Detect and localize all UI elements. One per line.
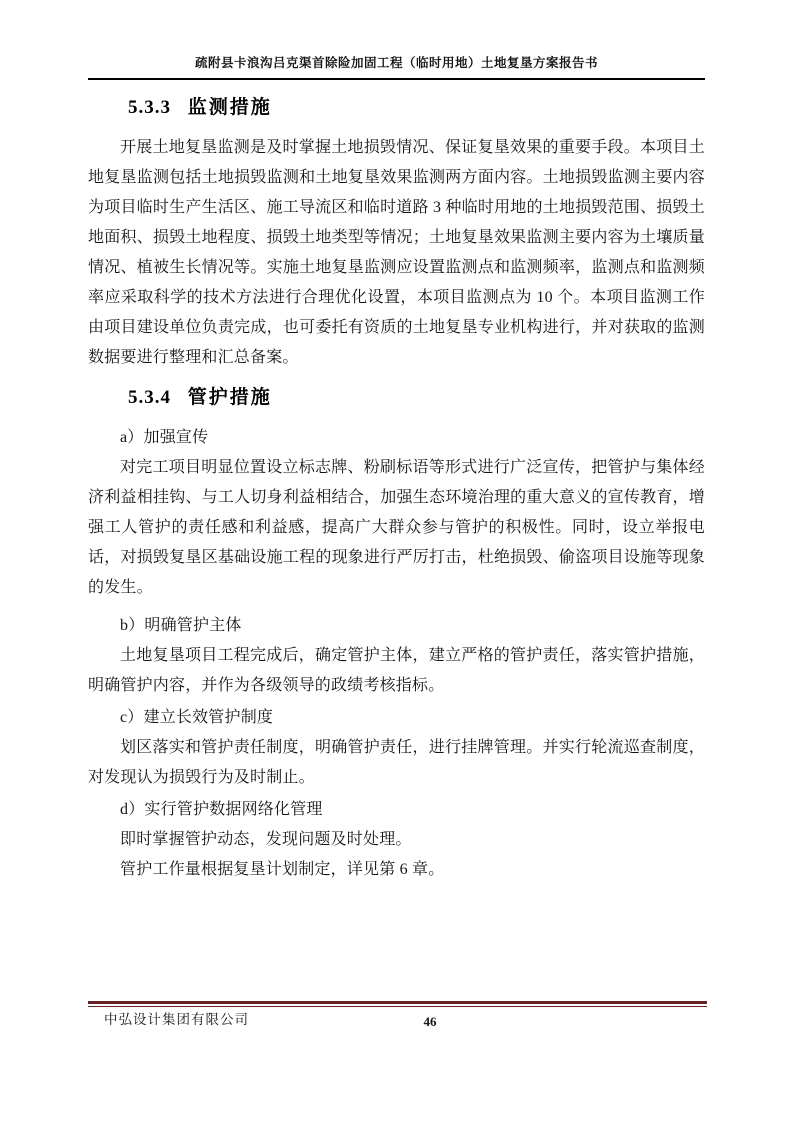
document-body: 5.3.3 监测措施 开展土地复垦监测是及时掌握土地损毁情况、保证复垦效果的重要… xyxy=(88,82,705,885)
paragraph-item-d-line1: 即时掌握管护动态，发现问题及时处理。 xyxy=(88,825,705,855)
footer-rule xyxy=(88,1001,707,1007)
heading-number: 5.3.4 xyxy=(128,387,171,408)
footer-company: 中弘设计集团有限公司 xyxy=(88,1012,249,1027)
paragraph-monitoring: 开展土地复垦监测是及时掌握土地损毁情况、保证复垦效果的重要手段。本项目土地复垦监… xyxy=(88,133,705,373)
heading-title: 监测措施 xyxy=(188,97,272,118)
header-title: 疏附县卡浪沟吕克渠首除险加固工程（临时用地）土地复垦方案报告书 xyxy=(88,54,705,80)
footer-row: 中弘设计集团有限公司 46 xyxy=(88,1011,707,1033)
item-label-a: a）加强宣传 xyxy=(88,423,705,453)
paragraph-item-b: 土地复垦项目工程完成后，确定管护主体，建立严格的管护责任，落实管护措施，明确管护… xyxy=(88,641,705,701)
heading-title: 管护措施 xyxy=(188,387,272,408)
page-footer: 中弘设计集团有限公司 46 xyxy=(88,1001,707,1033)
page-number: 46 xyxy=(418,1014,442,1030)
paragraph-item-d-line2: 管护工作量根据复垦计划制定，详见第 6 章。 xyxy=(88,855,705,885)
paragraph-item-c: 划区落实和管护责任制度，明确管护责任，进行挂牌管理。并实行轮流巡查制度，对发现认… xyxy=(88,733,705,793)
page-header: 疏附县卡浪沟吕克渠首除险加固工程（临时用地）土地复垦方案报告书 xyxy=(88,0,705,80)
section-heading-5-3-3: 5.3.3 监测措施 xyxy=(88,94,705,121)
item-label-d: d）实行管护数据网络化管理 xyxy=(88,795,705,825)
document-page: 疏附县卡浪沟吕克渠首除险加固工程（临时用地）土地复垦方案报告书 5.3.3 监测… xyxy=(0,0,793,1122)
section-heading-5-3-4: 5.3.4 管护措施 xyxy=(88,384,705,411)
paragraph-item-a: 对完工项目明显位置设立标志牌、粉刷标语等形式进行广泛宣传，把管护与集体经济利益相… xyxy=(88,453,705,603)
item-label-c: c）建立长效管护制度 xyxy=(88,703,705,733)
heading-number: 5.3.3 xyxy=(128,97,171,118)
item-label-b: b）明确管护主体 xyxy=(88,611,705,641)
